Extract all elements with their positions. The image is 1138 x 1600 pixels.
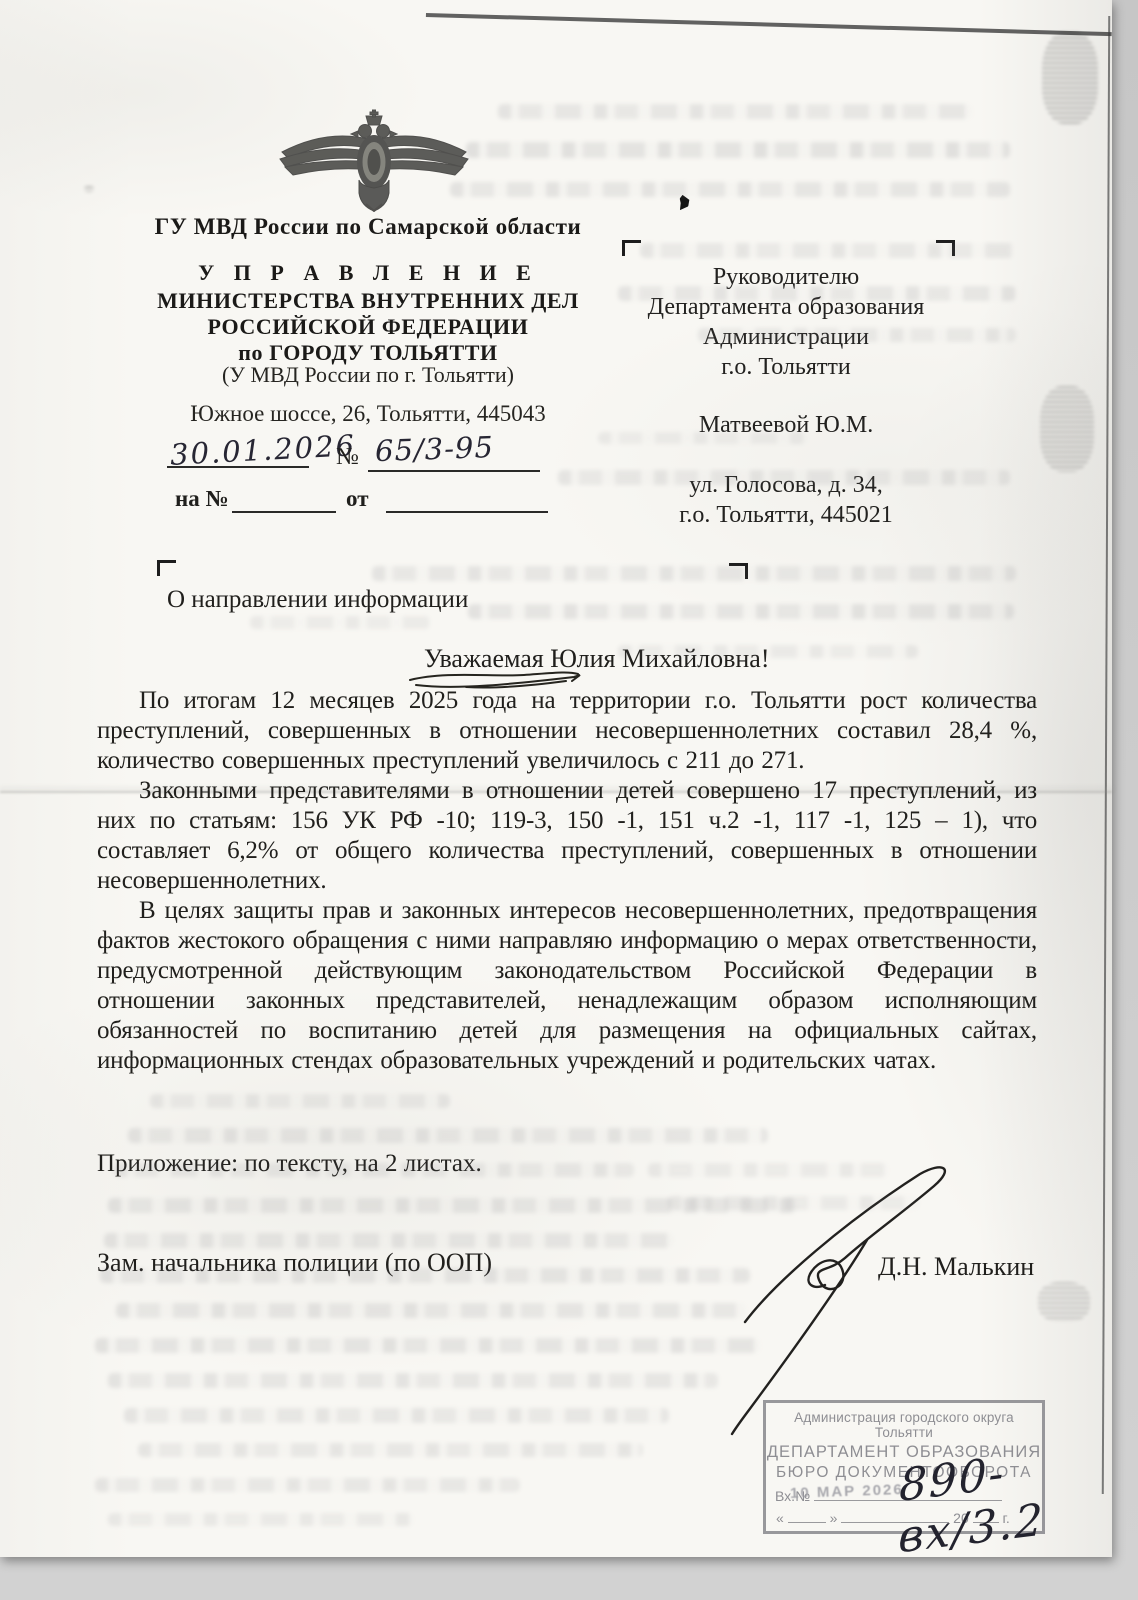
org-postal-address: Южное шоссе, 26, Тольятти, 445043 (148, 401, 588, 427)
number-sign: № (336, 444, 359, 471)
ref-date-label: от (346, 486, 369, 512)
handwritten-number: 65/3-95 (374, 430, 494, 468)
org-federation: РОССИЙСКОЙ ФЕДЕРАЦИИ (148, 314, 588, 340)
number-line (368, 470, 540, 472)
ref-number-line (232, 511, 336, 513)
bleed-through-text (450, 182, 1010, 197)
bleed-through-text (108, 1513, 413, 1526)
scan-smudge (84, 186, 94, 192)
bleed-through-text (372, 566, 1016, 581)
paper-edge-line (1102, 16, 1110, 1494)
bleed-through-text (116, 1303, 746, 1318)
scan-smudge (1040, 386, 1094, 472)
bleed-through-text (114, 1163, 634, 1177)
scan-smudge (1038, 1282, 1090, 1322)
date-line (167, 466, 309, 468)
scanned-letter-page: { "letterhead": { "emblem": "mvd-double-… (0, 0, 1138, 1600)
bleed-through-text (138, 1443, 643, 1457)
bleed-through-text (95, 1478, 520, 1492)
stamp-administration: Администрация городского округа Тольятти (766, 1410, 1042, 1440)
org-ministry: МИНИСТЕРСТВА ВНУТРЕННИХ ДЕЛ (148, 288, 588, 314)
bleed-through-text (124, 1408, 669, 1423)
bleed-through-text (698, 328, 1016, 342)
subject-line: О направлении информации (167, 586, 468, 614)
ref-date-line (386, 511, 548, 513)
bleed-through-text (668, 1196, 918, 1210)
bleed-through-text (468, 604, 1014, 619)
scan-artifact-line (426, 13, 1112, 36)
addressee-postal: г.о. Тольятти, 445021 (618, 502, 954, 529)
scan-smudge (1042, 32, 1098, 124)
bleed-through-text (104, 1233, 674, 1248)
bleed-through-text (498, 104, 972, 119)
bleed-through-text (640, 243, 1014, 258)
bleed-through-text (466, 142, 1010, 158)
org-short-name: (У МВД России по г. Тольятти) (148, 362, 588, 388)
bleed-through-text (100, 1268, 750, 1283)
body-paragraph-2: Законными представителями в отношении де… (97, 776, 1037, 896)
bleed-through-text (598, 432, 808, 444)
letter-body: По итогам 12 месяцев 2025 года на террит… (97, 686, 1037, 1076)
bleed-through-text (558, 470, 1010, 485)
org-region-title: ГУ МВД России по Самарской области (148, 214, 588, 240)
body-paragraph-1: По итогам 12 месяцев 2025 года на террит… (97, 686, 1037, 776)
bleed-through-text (128, 1128, 768, 1143)
ref-number-label: на № (175, 486, 229, 512)
subject-corner-left (157, 560, 176, 576)
org-upravlenie: У П Р А В Л Е Н И Е (148, 260, 588, 286)
scanned-paper: ГУ МВД России по Самарской области У П Р… (0, 0, 1112, 1557)
stamp-day-line (788, 1522, 826, 1523)
bleed-through-text (618, 645, 918, 658)
bleed-through-text (618, 286, 1016, 301)
mvd-eagle-emblem-icon (276, 108, 472, 212)
bleed-through-text (648, 1163, 888, 1177)
body-paragraph-3: В целях защиты прав и законных интересов… (97, 896, 1037, 1076)
stamp-quote-open: « (776, 1510, 784, 1526)
bleed-through-text (250, 616, 430, 629)
ink-mark (675, 194, 691, 212)
bleed-through-text (108, 1373, 718, 1388)
addressee-corner-left (622, 240, 641, 256)
addressee-city: г.о. Тольятти (618, 354, 954, 381)
bleed-through-text (150, 1094, 450, 1108)
bleed-through-text (95, 1338, 760, 1353)
stamp-quote-close: » (830, 1510, 838, 1526)
